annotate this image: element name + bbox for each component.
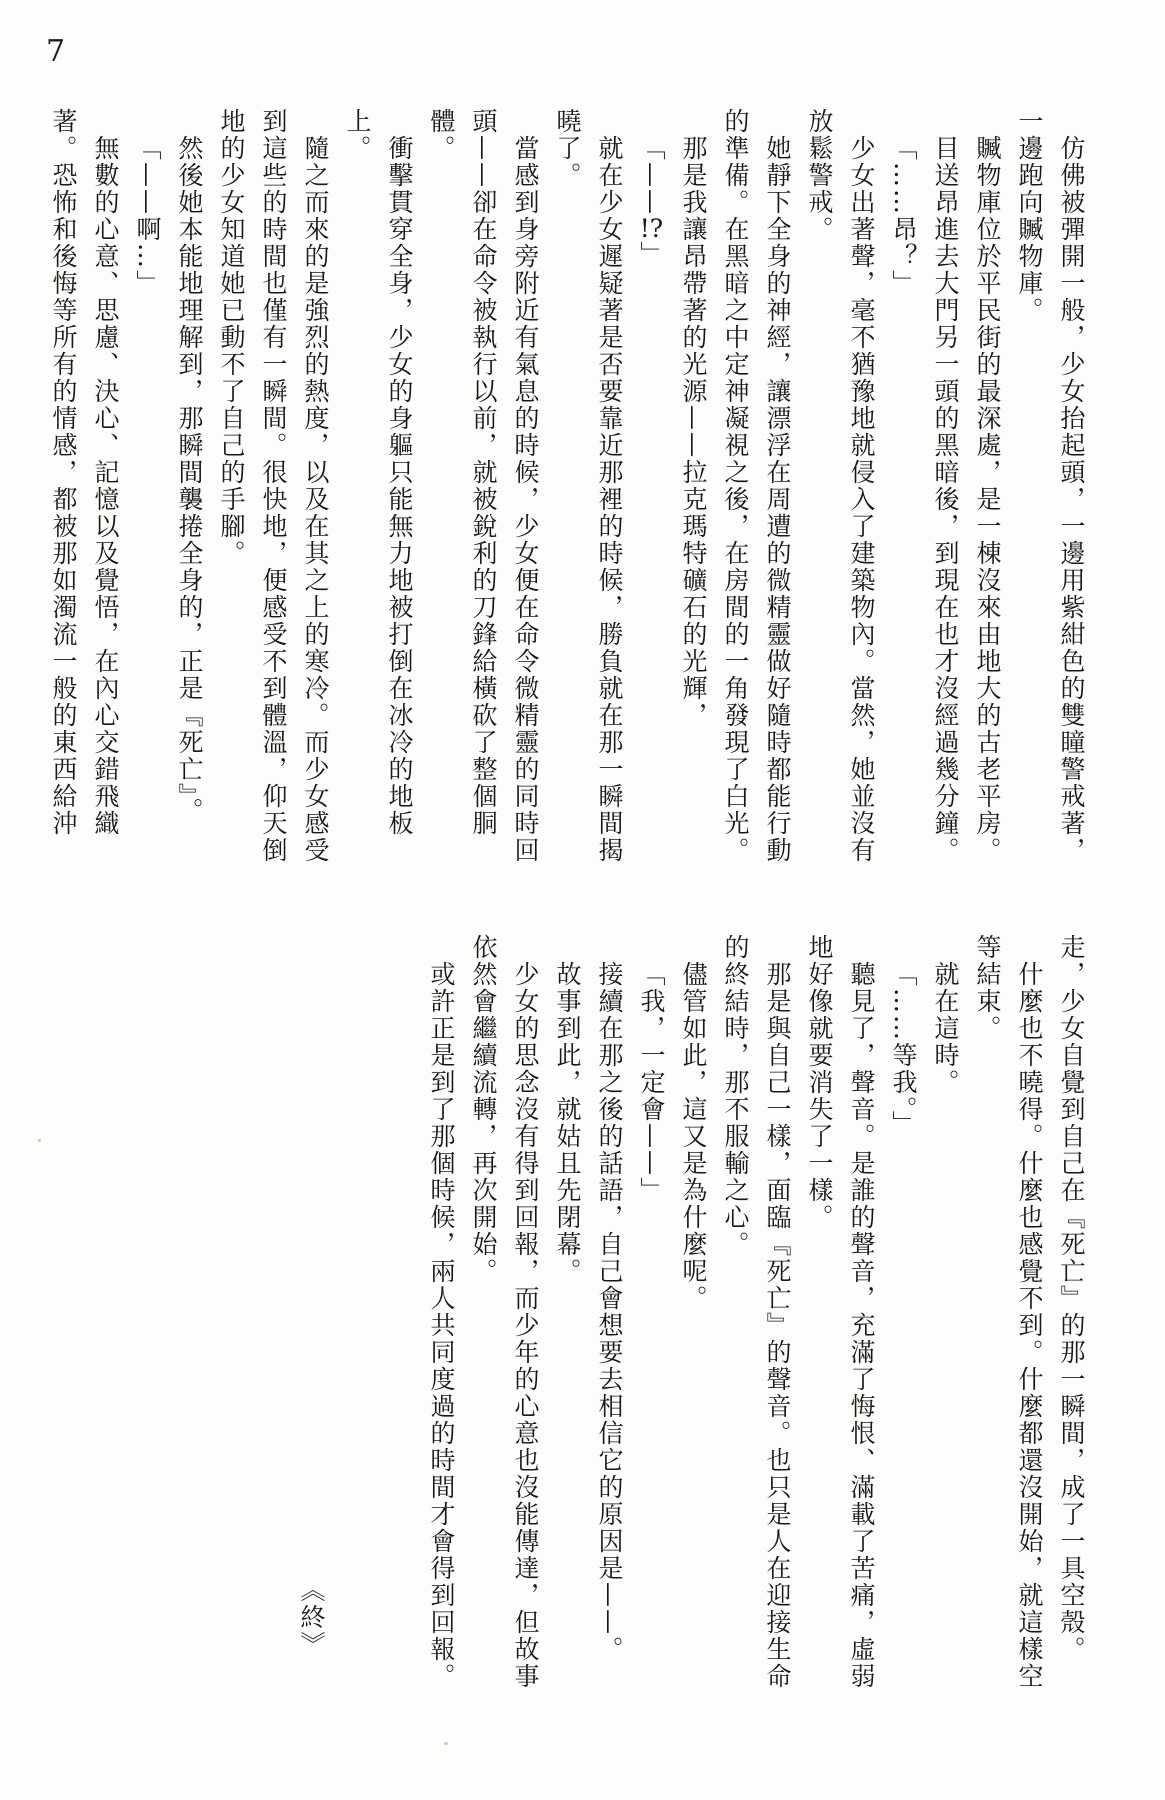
paragraph: 少女的思念沒有得到回報，而少年的心意也沒能傳達，但故事依然會繼續流轉，再次開始。 xyxy=(462,934,546,1694)
paragraph: 儘管如此，這又是為什麼呢。 xyxy=(672,934,714,1694)
paragraph: 然後她本能地理解到，那瞬間襲捲全身的，正是『死亡』。 xyxy=(168,108,210,868)
end-mark: 《終》 xyxy=(290,934,332,1694)
paragraph: 衝擊貫穿全身，少女的身軀只能無力地被打倒在冰冷的地板上。 xyxy=(336,108,420,868)
paragraph: 她靜下全身的神經，讓漂浮在周遭的微精靈做好隨時都能行動的準備。在黑暗之中定神凝視… xyxy=(714,108,798,868)
paragraph: 「我，一定會——」 xyxy=(630,934,672,1694)
paragraph: 就在少女遲疑著是否要靠近那裡的時候，勝負就在那一瞬間揭曉了。 xyxy=(546,108,630,868)
page-number: 7 xyxy=(46,34,65,69)
paragraph: 少女出著聲，毫不猶豫地就侵入了建築物內。當然，她並沒有放鬆警戒。 xyxy=(798,108,882,868)
scan-speck xyxy=(38,1139,41,1142)
paragraph: 贓物庫位於平民街的最深處，是一棟沒來由地大的古老平房。 xyxy=(966,108,1008,868)
paragraph: 走，少女自覺到自己在『死亡』的那一瞬間，成了一具空殼。 xyxy=(1050,934,1092,1694)
paragraph: 隨之而來的是強烈的熱度，以及在其之上的寒冷。而少女感受到這些的時間也僅有一瞬間。… xyxy=(210,108,336,868)
book-page: 7 仿佛被彈開一般，少女抬起頭，一邊用紫紺色的雙瞳警戒著，一邊跑向贓物庫。贓物庫… xyxy=(0,0,1165,1800)
paragraph: 仿佛被彈開一般，少女抬起頭，一邊用紫紺色的雙瞳警戒著，一邊跑向贓物庫。 xyxy=(1008,108,1092,868)
paragraph: 「——!?」 xyxy=(630,108,672,868)
lower-text-block: 走，少女自覺到自己在『死亡』的那一瞬間，成了一具空殼。什麼也不曉得。什麼也感覺不… xyxy=(238,934,1092,1694)
paragraph: 無數的心意、思慮、決心、記憶以及覺悟，在內心交錯飛織著。恐怖和後悔等所有的情感，… xyxy=(42,108,126,868)
scan-speck xyxy=(444,1742,448,1745)
paragraph: 「……等我。」 xyxy=(882,934,924,1694)
paragraph: 那是我讓昂帶著的光源——拉克瑪特礦石的光輝， xyxy=(672,108,714,868)
paragraph: 當感到身旁附近有氣息的時候，少女便在命令微精靈的同時回頭——卻在命令被執行以前，… xyxy=(420,108,546,868)
paragraph: 什麼也不曉得。什麼也感覺不到。什麼都還沒開始，就這樣空等結束。 xyxy=(966,934,1050,1694)
upper-text-block: 仿佛被彈開一般，少女抬起頭，一邊用紫紺色的雙瞳警戒著，一邊跑向贓物庫。贓物庫位於… xyxy=(34,108,1092,868)
paragraph: 就在這時。 xyxy=(924,934,966,1694)
paragraph: 故事到此，就姑且先閉幕。 xyxy=(546,934,588,1694)
paragraph: 「——啊…」 xyxy=(126,108,168,868)
paragraph: 「……昂？」 xyxy=(882,108,924,868)
paragraph: 或許正是到了那個時候，兩人共同度過的時間才會得到回報。 xyxy=(420,934,462,1694)
paragraph: 接續在那之後的話語，自己會想要去相信它的原因是——。 xyxy=(588,934,630,1694)
paragraph: 那是與自己一樣，面臨『死亡』的聲音。也只是人在迎接生命的終結時，那不服輸之心。 xyxy=(714,934,798,1694)
paragraph: 目送昂進去大門另一頭的黑暗後，到現在也才沒經過幾分鐘。 xyxy=(924,108,966,868)
tatechuyoko-exclamation-question: !? xyxy=(637,216,666,241)
paragraph: 聽見了，聲音。是誰的聲音，充滿了悔恨、滿載了苦痛，虛弱地好像就要消失了一樣。 xyxy=(798,934,882,1694)
